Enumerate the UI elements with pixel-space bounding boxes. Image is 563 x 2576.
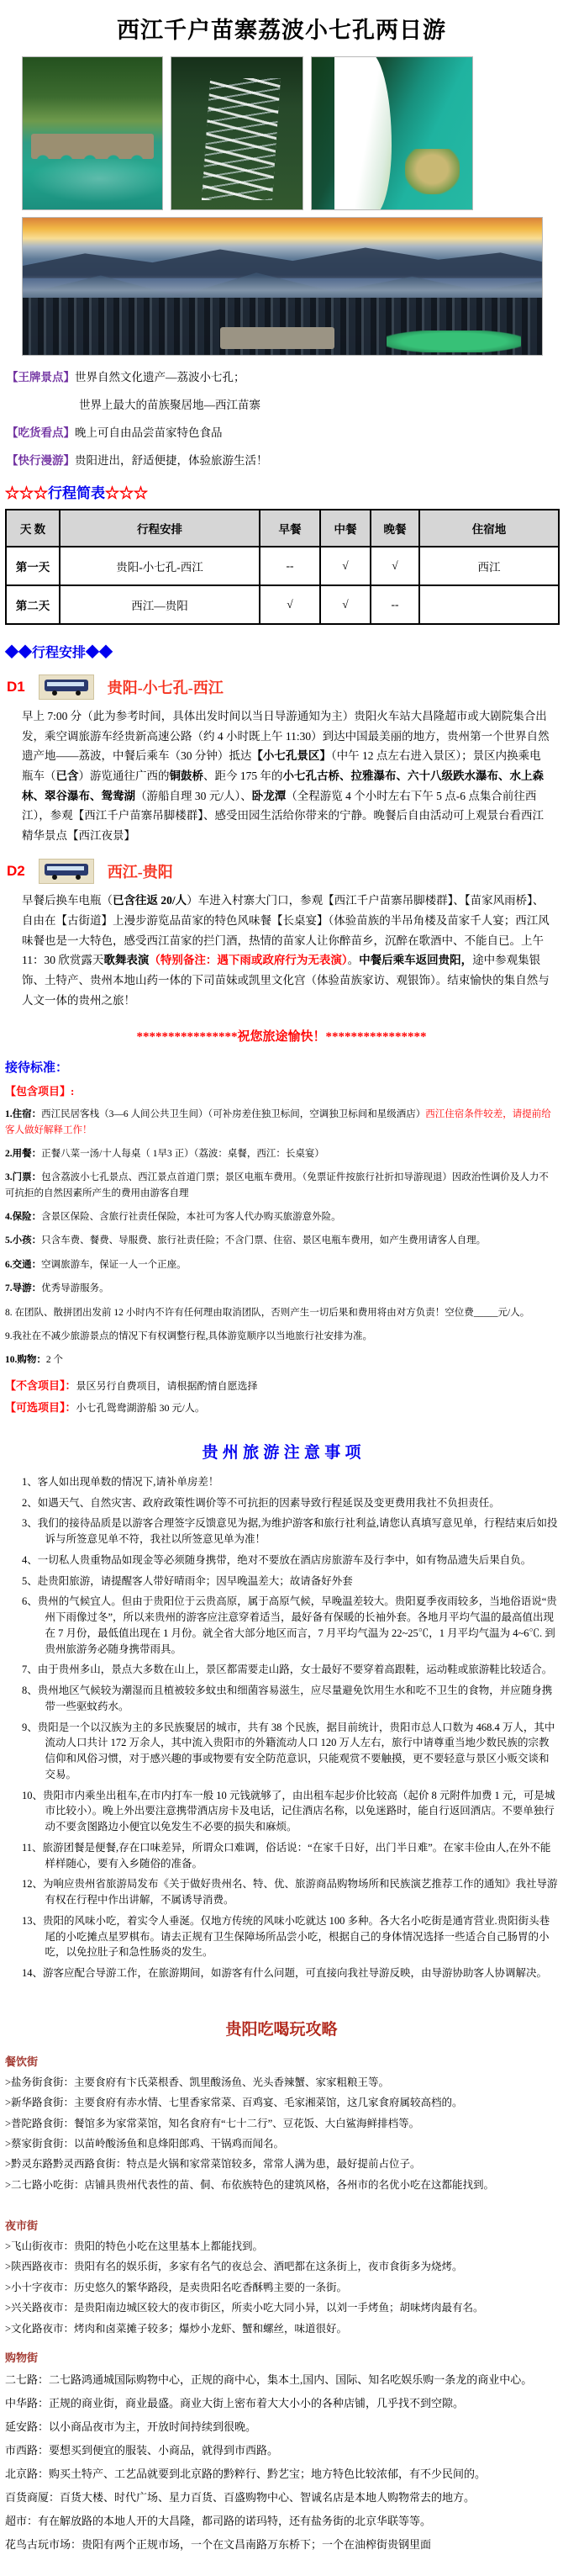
- notice-item: 3、我们的接待品质是以游客合理签字反馈意见为据,为维护游客和旅行社利益,请您认真…: [22, 1515, 558, 1547]
- table-header-cell: 行程安排: [60, 510, 260, 547]
- star-icons: ☆☆☆: [5, 485, 48, 501]
- notice-title: 贵 州 旅 游 注 意 事 项: [5, 1440, 558, 1463]
- highlight-label: 【吃货看点】: [7, 426, 75, 439]
- schedule-heading: ☆☆☆行程简表☆☆☆: [5, 481, 558, 502]
- mountain-ridge-graphic: [23, 237, 542, 278]
- standards-heading: 接待标准：: [5, 1058, 558, 1076]
- notice-item: 10、贵阳市内乘坐出租车,在市内打车一般 10 元钱就够了，由出租车起步价比较高…: [22, 1788, 558, 1835]
- standard-item: 5.小孩：只含车费、餐费、导服费、旅行社责任险；不含门票、住宿、景区电瓶车费用，…: [5, 1233, 558, 1248]
- night-market-heading: 夜市街: [5, 2217, 558, 2233]
- excluded-label: 【不含项目】：: [5, 1379, 76, 1392]
- table-cell-day: 第一天: [6, 547, 60, 585]
- standard-item-label: 10.购物：: [5, 1355, 46, 1365]
- pond-graphic: [387, 331, 522, 352]
- table-row: 第一天 贵阳-小七孔-西江 -- √ √ 西江: [6, 547, 559, 585]
- night-market-line: >文化路夜市：烤肉和卤菜摊子较多；爆炒小龙虾、蟹和螺丝，味道很好。: [5, 2319, 558, 2339]
- standard-item-text: 8. 在团队、散拼团出发前 12 小时内不许有任何理由取消团队，否则产生一切后果…: [5, 1308, 529, 1318]
- table-cell-breakfast: --: [260, 547, 320, 585]
- shopping-street-line: 北京路：购买土特产、工艺品就要到北京路的黔粹行、黔艺宝；地方特色比较浓郁，有不少…: [5, 2462, 558, 2486]
- day2-text: 早餐后换车电瓶（: [22, 894, 113, 907]
- day1-text-bold: 已含: [56, 770, 79, 782]
- shopping-street-line: 市西路：要想买到便宜的服装、小商品，就得到市西路。: [5, 2439, 558, 2462]
- day1-text-bold: 卧龙潭: [252, 790, 287, 802]
- day1-paragraph: 早上 7:00 分（此为参考时间，具体出发时间以当日导游通知为主）贵阳火车站大昌…: [22, 706, 551, 845]
- dining-street-line: >蔡家街食街：以苗岭酸汤鱼和息烽阳郎鸡、干锅鸡而闻名。: [5, 2134, 558, 2154]
- notice-item: 11、旅游团餐是便餐,存在口味差异，所谓众口难调，俗话说：“在家千日好，出门半日…: [22, 1840, 558, 1872]
- dining-street-line: >普陀路食街：餐馆多为家常菜馆，知名食府有“七十二行”、豆花饭、大白鲨海鲜排档等…: [5, 2113, 558, 2134]
- standard-item: 9.我社在不减少旅游景点的情况下有权调整行程,具体游览顺序以当地旅行社安排为准。: [5, 1329, 558, 1344]
- notice-item: 7、由于贵州多山，景点大多数在山上，景区都需要走山路，女士最好不要穿着高跟鞋，运…: [22, 1662, 558, 1678]
- standard-item: 8. 在团队、散拼团出发前 12 小时内不许有任何理由取消团队，否则产生一切后果…: [5, 1305, 558, 1320]
- bus-icon: [39, 859, 94, 884]
- day2-text-bold: 歌舞表演: [103, 954, 149, 966]
- standard-item-text: 正餐八菜一汤/十人每桌（ 1早3 正）（荔波：桌餐，西江：长桌宴）: [41, 1149, 324, 1159]
- table-cell-lunch: √: [320, 585, 371, 624]
- table-cell-day: 第二天: [6, 585, 60, 624]
- photo-strip: [22, 56, 543, 210]
- guide-title: 贵阳吃喝玩攻略: [5, 2017, 558, 2039]
- shopping-street-list: 二七路：二七路鸿通城国际购物中心，正规的商中心，集本土,国内、国际、知名吃娱乐购…: [5, 2368, 558, 2557]
- table-header-cell: 天 数: [6, 510, 60, 547]
- standards-list: 1.住宿：西江民居客栈（3—6 人间公共卫生间）（可补房差住独卫标间，空调独卫标…: [5, 1107, 558, 1368]
- standard-item-label: 3.门票：: [5, 1172, 41, 1182]
- day2-special-note: （特别备注：遇下雨或政府行为无表演）: [149, 954, 347, 966]
- notice-item: 2、如遇天气、自然灾害、政府政策性调价等不可抗拒的因素导致行程延误及变更费用我社…: [22, 1495, 558, 1511]
- highlight-item: 【王牌景点】世界自然文化遗产—荔波小七孔；: [7, 368, 556, 384]
- dining-street-line: >盐务街食街：主要食府有卞氏菜根香、凯里酸汤鱼、光头香辣蟹、家家粗粮王等。: [5, 2072, 558, 2092]
- standard-item: 7.导游：优秀导游服务。: [5, 1281, 558, 1296]
- table-cell-route: 西江—贵阳: [60, 585, 260, 624]
- shopping-street-line: 超市：有在解放路的本地人开的大昌隆，都司路的诺玛特，还有盐务街的北京华联等等。: [5, 2510, 558, 2533]
- photo-waterfall: [171, 56, 303, 210]
- shopping-street-line: 中华路：正规的商业街，商业最盛。商业大街上密布着大大小小的各种店铺，几乎找不到空…: [5, 2392, 558, 2415]
- night-market-line: >陕西路夜市：贵阳有名的娱乐街，多家有名气的夜总会、酒吧都在这条街上，夜市食街多…: [5, 2256, 558, 2277]
- day2-paragraph: 早餐后换车电瓶（已含往返 20/人）车进入村寨大门口，参观【西江千户苗寨吊脚楼群…: [22, 891, 551, 1010]
- highlight-text: 世界上最大的苗族聚居地—西江苗寨: [79, 399, 260, 411]
- highlight-text: 贵阳进出，舒适便捷，体验旅游生活！: [75, 454, 268, 467]
- table-cell-route: 贵阳-小七孔-西江: [60, 547, 260, 585]
- dining-street-heading: 餐饮街: [5, 2053, 558, 2069]
- table-header-row: 天 数 行程安排 早餐 中餐 晚餐 住宿地: [6, 510, 559, 547]
- village-square-graphic: [220, 327, 334, 349]
- standard-item-text: 只含车费、餐费、导服费、旅行社责任险；不含门票、住宿、景区电瓶车费用，如产生费用…: [41, 1235, 486, 1246]
- day1-text: ）游览通往广西的: [79, 770, 170, 782]
- rock-graphic: [405, 149, 460, 194]
- shopping-street-line: 花鸟古玩市场：贵阳有两个正规市场，一个在文昌南路万东桥下；一个在油榨街贵钢里面: [5, 2533, 558, 2557]
- highlight-label: 【快行漫游】: [7, 454, 75, 467]
- standard-item-text: 9.我社在不减少旅游景点的情况下有权调整行程,具体游览顺序以当地旅行社安排为准。: [5, 1331, 372, 1341]
- highlight-text: 晚上可自由品尝苗家特色食品: [75, 426, 223, 439]
- notice-item: 12、为响应贵州省旅游局发布《关于做好贵州名、特、优、旅游商品购物场所和民族演艺…: [22, 1876, 558, 1908]
- highlight-text: 世界自然文化遗产—荔波小七孔；: [75, 371, 245, 383]
- shopping-street-line: 延安路：以小商品夜市为主，开放时间持续到很晚。: [5, 2415, 558, 2439]
- day2-title: 西江-贵阳: [108, 860, 173, 882]
- highlights-section: 【王牌景点】世界自然文化遗产—荔波小七孔； 世界上最大的苗族聚居地—西江苗寨 【…: [7, 368, 556, 468]
- day1-text: （游船自理 30 元/人）、: [135, 790, 252, 802]
- standard-item-text: 2 个: [46, 1355, 63, 1365]
- standard-item: 10.购物：2 个: [5, 1352, 558, 1367]
- photo-dam: [311, 56, 473, 210]
- table-cell-lunch: √: [320, 547, 371, 585]
- highlight-label: 【王牌景点】: [7, 371, 75, 383]
- standard-item-label: 7.导游：: [5, 1283, 41, 1293]
- notice-item: 5、赴贵阳旅游，请提醒客人带好晴雨伞；因早晚温差大；故请备好外套: [22, 1574, 558, 1590]
- night-market-line: >兴关路夜市：是贵阳南边城区较大的夜市街区，所卖小吃大同小异，以刘一手烤鱼；胡味…: [5, 2298, 558, 2318]
- shopping-street-line: 百货商厦：百货大楼、时代广场、星力百货、百盛购物中心、智诚名店是本地人购物常去的…: [5, 2486, 558, 2510]
- day1-text-bold: 铜鼓桥: [170, 770, 204, 782]
- notice-item: 6、贵州的气候宜人。但由于贵阳位于云贵高原，属于高原气候，早晚温差较大。贵阳夏季…: [22, 1594, 558, 1657]
- waterfall-graphic: [201, 78, 280, 200]
- highlight-item: 世界上最大的苗族聚居地—西江苗寨: [7, 395, 556, 412]
- notice-list: 1、客人如出现单数的情况下,请补单房差！ 2、如遇天气、自然灾害、政府政策性调价…: [5, 1474, 558, 1981]
- stone-bridge-graphic: [31, 134, 154, 160]
- highlight-item: 【吃货看点】晚上可自由品尝苗家特色食品: [7, 423, 556, 440]
- day1-header: D1 贵阳-小七孔-西江: [7, 674, 558, 700]
- dining-street-line: >二七路小吃街：店铺具贵州代表性的苗、侗、布依族特色的建筑风格，各州市的名优小吃…: [5, 2175, 558, 2195]
- star-icons: ☆☆☆: [105, 485, 148, 501]
- day1-text-bold: 【小七孔景区】: [251, 749, 331, 762]
- optional-label: 【可选项目】：: [5, 1401, 76, 1414]
- shopping-street-line: 二七路：二七路鸿通城国际购物中心，正规的商中心，集本土,国内、国际、知名吃娱乐购…: [5, 2368, 558, 2392]
- photo-stone-bridge: [22, 56, 163, 210]
- dining-street-line: >黔灵东路黔灵西路食街：特点是火锅和家常菜馆较多，常常人满为患，最好提前占位子。: [5, 2154, 558, 2174]
- table-cell-dinner: √: [371, 547, 419, 585]
- page-title: 西江千户苗寨荔波小七孔两日游: [5, 12, 558, 45]
- table-header-cell: 住宿地: [419, 510, 559, 547]
- night-market-line: >飞山街夜市：贵阳的特色小吃在这里基本上都能找到。: [5, 2236, 558, 2256]
- optional-line: 【可选项目】：小七孔鸳鸯湖游船 30 元/人。: [5, 1399, 558, 1415]
- table-header-cell: 中餐: [320, 510, 371, 547]
- day1-text: 、距今 175 年的: [203, 770, 283, 782]
- included-heading: 【包含项目】:: [5, 1082, 558, 1098]
- day2-code: D2: [7, 863, 25, 880]
- standard-item-text: 含景区保险、含旅行社责任保险，本社可为客人代办购买旅游意外险。: [41, 1212, 341, 1222]
- standard-item: 4.保险：含景区保险、含旅行社责任保险，本社可为客人代办购买旅游意外险。: [5, 1209, 558, 1225]
- standard-item: 2.用餐：正餐八菜一汤/十人每桌（ 1早3 正）（荔波：桌餐，西江：长桌宴）: [5, 1146, 558, 1161]
- table-cell-breakfast: √: [260, 585, 320, 624]
- standard-item: 1.住宿：西江民居客栈（3—6 人间公共卫生间）（可补房差住独卫标间，空调独卫标…: [5, 1107, 558, 1138]
- table-cell-lodging: 西江: [419, 547, 559, 585]
- notice-item: 14、游客应配合导游工作，在旅游期间，如游客有什么问题，可直接向我社导游反映，由…: [22, 1965, 558, 1981]
- schedule-heading-text: 行程简表: [48, 485, 105, 501]
- standard-item-label: 1.住宿：: [5, 1109, 41, 1119]
- excluded-line: 【不含项目】：景区另行自费项目，请根据酌情自愿选择: [5, 1377, 558, 1393]
- highlight-item: 【快行漫游】贵阳进出，舒适便捷，体验旅游生活！: [7, 451, 556, 468]
- schedule-table: 天 数 行程安排 早餐 中餐 晚餐 住宿地 第一天 贵阳-小七孔-西江 -- √…: [5, 509, 560, 625]
- optional-text: 小七孔鸳鸯湖游船 30 元/人。: [76, 1402, 205, 1414]
- standard-item-label: 5.小孩：: [5, 1235, 41, 1246]
- day1-title: 贵阳-小七孔-西江: [108, 676, 224, 698]
- table-row: 第二天 西江—贵阳 √ √ --: [6, 585, 559, 624]
- standard-item-label: 2.用餐：: [5, 1149, 41, 1159]
- standard-item-text: 包含荔波小七孔景点、西江景点首道门票；景区电瓶车费用。（免票证件按旅行社折扣导游…: [5, 1172, 549, 1198]
- notice-item: 8、贵州地区气候较为潮湿而且植被较多蚊虫和细菌容易滋生，应尽量避免饮用生水和吃不…: [22, 1683, 558, 1715]
- itinerary-heading: ◆◆行程安排◆◆: [5, 642, 558, 661]
- night-market-line: >小十字夜市：历史悠久的繁华路段，是卖贵阳名吃香酥鸭主要的一条街。: [5, 2277, 558, 2298]
- table-cell-lodging: [419, 585, 559, 624]
- night-market-list: >飞山街夜市：贵阳的特色小吃在这里基本上都能找到。>陕西路夜市：贵阳有名的娱乐街…: [5, 2236, 558, 2339]
- dining-street-list: >盐务街食街：主要食府有卞氏菜根香、凯里酸汤鱼、光头香辣蟹、家家粗粮王等。>新华…: [5, 2072, 558, 2195]
- day2-text-bold: 已含往返 20/人: [113, 894, 187, 907]
- notice-item: 1、客人如出现单数的情况下,请补单房差！: [22, 1474, 558, 1490]
- day2-header: D2 西江-贵阳: [7, 859, 558, 884]
- standard-item-text: 空调旅游车，保证一人一个正座。: [41, 1260, 187, 1270]
- standard-item-label: 4.保险：: [5, 1212, 41, 1222]
- standard-item: 3.门票：包含荔波小七孔景点、西江景点首道门票；景区电瓶车费用。（免票证件按旅行…: [5, 1170, 558, 1201]
- dam-graphic: [334, 56, 392, 210]
- notice-item: 9、贵阳是一个以汉族为主的多民族聚居的城市，共有 38 个民族，据目前统计，贵阳…: [22, 1720, 558, 1783]
- standard-item-text: 优秀导游服务。: [41, 1283, 109, 1293]
- day2-text: 。: [348, 954, 360, 966]
- photo-village-panorama: [22, 217, 543, 356]
- standard-item-label: 6.交通：: [5, 1260, 41, 1270]
- table-header-cell: 早餐: [260, 510, 320, 547]
- excluded-text: 景区另行自费项目，请根据酌情自愿选择: [76, 1380, 258, 1392]
- table-header-cell: 晚餐: [371, 510, 419, 547]
- bus-icon: [39, 674, 94, 700]
- dining-street-line: >新华路食街：主要食府有赤水情、七里香家常菜、百鸡宴、毛家湘菜馆，这几家食府属较…: [5, 2092, 558, 2113]
- wish-banner: ****************祝您旅途愉快！****************: [5, 1027, 558, 1045]
- day1-code: D1: [7, 679, 25, 696]
- notice-item: 4、一切私人贵重物品如现金等必须随身携带，绝对不要放在酒店房旅游车及行李中，如有…: [22, 1552, 558, 1568]
- table-cell-dinner: --: [371, 585, 419, 624]
- bus-icon-graphic: [43, 677, 90, 697]
- shopping-street-heading: 购物街: [5, 2349, 558, 2365]
- standard-item-text: 西江民居客栈（3—6 人间公共卫生间）（可补房差住独卫标间，空调独卫标间和星级酒…: [41, 1109, 425, 1119]
- standard-item: 6.交通：空调旅游车，保证一人一个正座。: [5, 1257, 558, 1272]
- day2-text-bold: 中餐后乘车返回贵阳，: [359, 954, 472, 966]
- notice-item: 13、贵阳的风味小吃，着实令人垂涎。仅地方传统的风味小吃就达 100 多种。各大…: [22, 1913, 558, 1960]
- bus-icon-graphic: [43, 861, 90, 881]
- document-page: 西江千户苗寨荔波小七孔两日游 【王牌景点】世界自然文化遗产—荔波小七孔； 世界上…: [0, 0, 563, 2576]
